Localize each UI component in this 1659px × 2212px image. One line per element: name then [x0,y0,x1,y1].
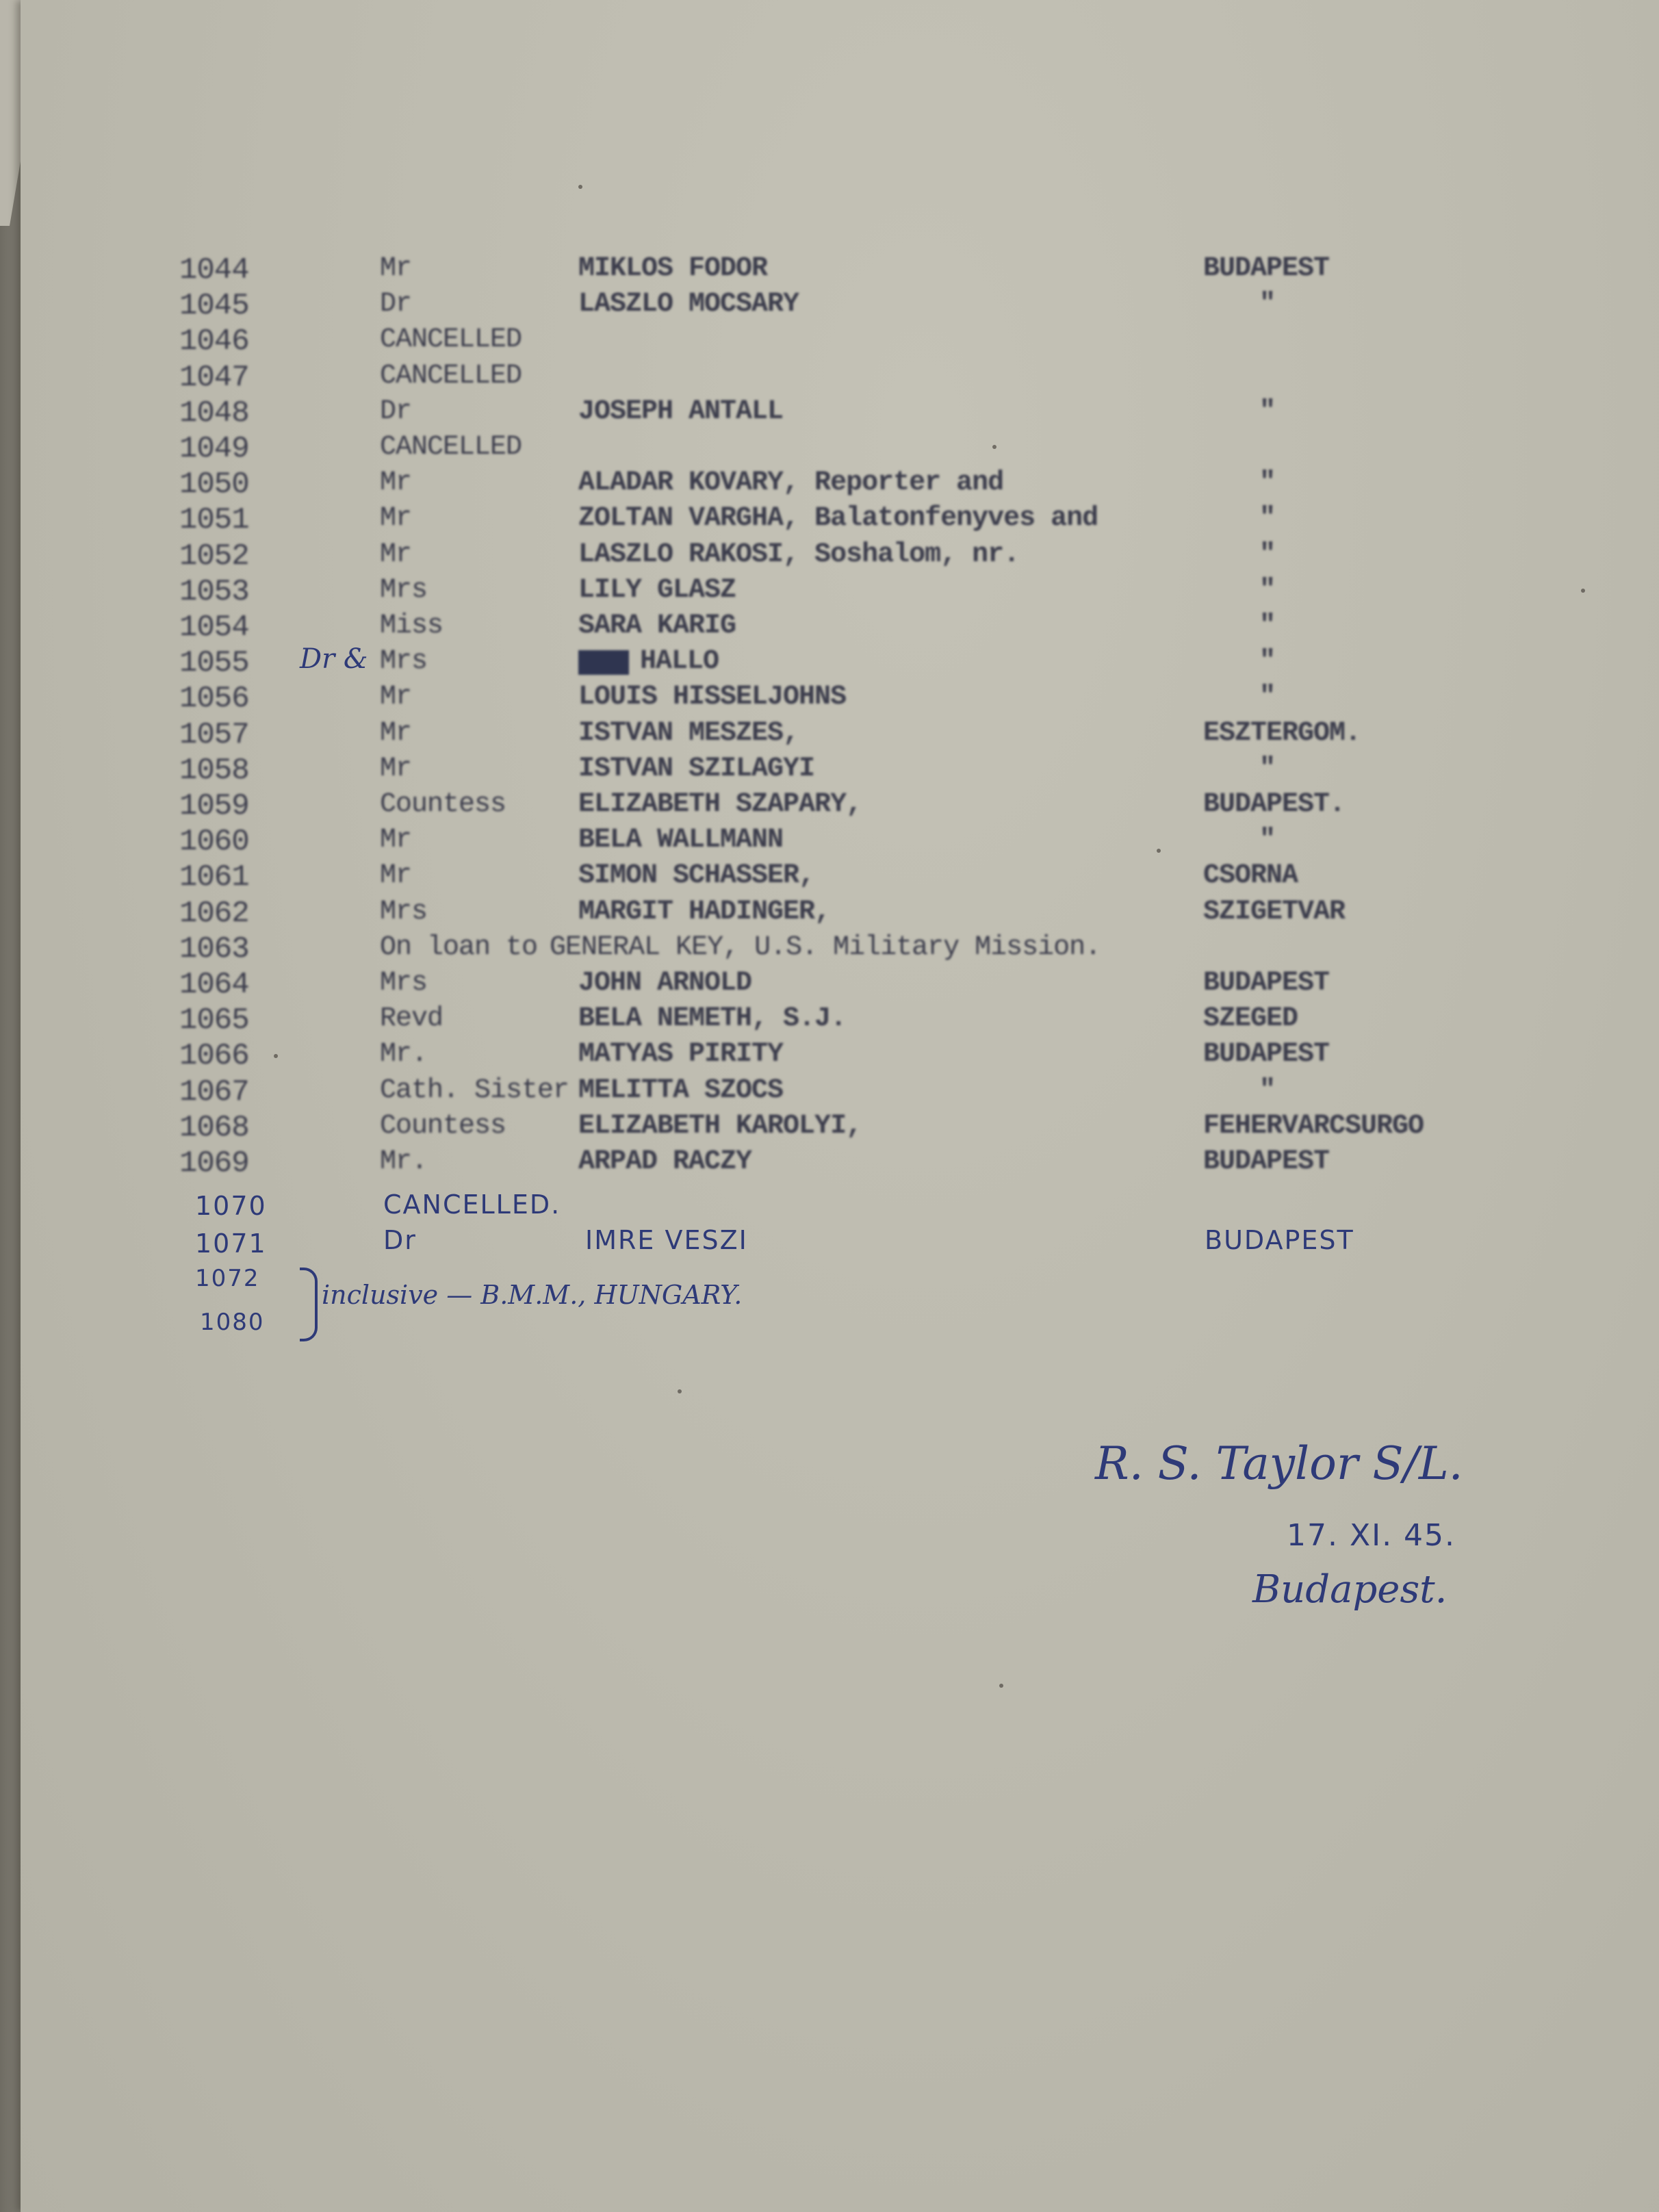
entry-place: " [1259,825,1275,856]
handwritten-cancelled-1070: CANCELLED. [383,1189,561,1220]
entry-title: Cath. Sister [380,1075,569,1106]
entry-name: BELA WALLMANN [578,825,783,856]
entry-number: 1053 [179,575,249,609]
entry-number: 1047 [179,361,249,395]
document-page: 1044MrMIKLOS FODORBUDAPEST1045DrLASZLO M… [21,0,1659,2212]
entry-place: " [1259,575,1275,606]
register-row: 1065RevdBELA NEMETH, S.J.SZEGED [21,1003,1659,1039]
entry-place: " [1259,503,1275,534]
entry-title: Mr. [380,1146,427,1177]
entry-title: CANCELLED [380,324,522,355]
register-row: 1049CANCELLED [21,432,1659,467]
entry-place: SZIGETVAR [1203,897,1345,927]
entry-title: Mr [380,503,411,534]
entry-name: LILY GLASZ [578,575,736,606]
register-row: 1062MrsMARGIT HADINGER,SZIGETVAR [21,897,1659,932]
entry-title: Mrs [380,968,427,999]
entry-place: " [1259,467,1275,498]
entry-name: ALADAR KOVARY, Reporter and [578,467,1003,498]
entry-place: " [1259,289,1275,320]
entry-name: GENERAL KEY, U.S. Military Mission. [550,932,1101,963]
entry-place: BUDAPEST [1203,968,1329,999]
entry-place: " [1259,646,1275,677]
entry-name: MELITTA SZOCS [578,1075,783,1106]
entry-number: 1048 [179,396,249,430]
register-row: 1069Mr.ARPAD RACZYBUDAPEST [21,1146,1659,1182]
register-row: 1066Mr.MATYAS PIRITYBUDAPEST [21,1039,1659,1075]
register-row: 1063On loan toGENERAL KEY, U.S. Military… [21,932,1659,968]
entry-place: BUDAPEST [1203,1039,1329,1070]
entry-name: ISTVAN SZILAGYI [578,754,814,784]
entry-title: Mr [380,860,411,891]
handwritten-number-1071: 1071 [195,1229,267,1259]
entry-name: MIKLOS FODOR [578,253,767,284]
entry-number: 1062 [179,897,249,931]
entry-name: JOSEPH ANTALL [578,396,783,427]
register-row: 1057MrISTVAN MESZES,ESZTERGOM. [21,718,1659,754]
entry-title: Miss [380,610,443,641]
handwritten-range-start: 1072 [195,1265,260,1292]
register-row: 1047CANCELLED [21,361,1659,396]
handwritten-name-1071: IMRE VESZI [585,1225,748,1255]
entry-place: " [1259,1075,1275,1106]
entry-title: Mrs [380,575,427,606]
handwritten-range-end: 1080 [200,1309,265,1336]
entry-name: LASZLO RAKOSI, Soshalom, nr. [578,539,1019,570]
entry-name: SARA KARIG [578,610,736,641]
register-row: 1059CountessELIZABETH SZAPARY,BUDAPEST. [21,789,1659,825]
register-row: 1051MrZOLTAN VARGHA, Balatonfenyves and" [21,503,1659,539]
entry-title: Mrs [380,897,427,927]
entry-number: 1060 [179,825,249,859]
entry-number: 1059 [179,789,249,823]
entry-name: LOUIS HISSELJOHNS [578,682,846,712]
entry-place: CSORNA [1203,860,1298,891]
entry-place: SZEGED [1203,1003,1298,1034]
entry-number: 1056 [179,682,249,716]
handwritten-number-1070: 1070 [195,1191,267,1221]
handwritten-annotation-1055: Dr & [300,643,368,675]
range-brace [300,1268,318,1341]
entry-place: BUDAPEST [1203,253,1329,284]
entry-place: " [1259,682,1275,712]
entry-place: " [1259,396,1275,427]
signature-place: Budapest. [1252,1567,1447,1612]
entry-name: ZOLTAN VARGHA, Balatonfenyves and [578,503,1098,534]
entry-place: " [1259,754,1275,784]
entry-place: ESZTERGOM. [1203,718,1361,749]
register-row: 1054MissSARA KARIG" [21,610,1659,646]
entry-number: 1044 [179,253,249,287]
entry-name: MARGIT HADINGER, [578,897,830,927]
entry-title: Mr. [380,1039,427,1070]
entry-loan-note: On loan toGENERAL KEY, U.S. Military Mis… [380,932,1101,963]
entry-number: 1054 [179,610,249,645]
entry-number: 1058 [179,754,249,788]
entry-number: 1049 [179,432,249,466]
entry-name: SIMON SCHASSER, [578,860,814,891]
entry-name: ISTVAN MESZES, [578,718,799,749]
entry-place: BUDAPEST [1203,1146,1329,1177]
entry-number: 1064 [179,968,249,1002]
entry-number: 1069 [179,1146,249,1181]
signature: R. S. Taylor S/L. [1095,1437,1463,1490]
entry-place: BUDAPEST. [1203,789,1345,820]
entry-number: 1068 [179,1111,249,1145]
entry-number: 1065 [179,1003,249,1038]
register-row: 1068CountessELIZABETH KAROLYI,FEHERVARCS… [21,1111,1659,1146]
entry-number: 1046 [179,324,249,359]
entry-title: Mr [380,539,411,570]
register-row: 1067Cath. SisterMELITTA SZOCS" [21,1075,1659,1111]
entry-name: ARPAD RACZY [578,1146,751,1177]
entry-name: JOHN ARNOLD [578,968,751,999]
register-row: 1061MrSIMON SCHASSER,CSORNA [21,860,1659,896]
entry-title: Mr [380,682,411,712]
entry-title: Mr [380,467,411,498]
entry-title: CANCELLED [380,361,522,391]
signature-date: 17. XI. 45. [1287,1518,1456,1553]
entry-title: On loan to [380,932,537,963]
entry-title: Mrs [380,646,427,677]
register-row: 1050MrALADAR KOVARY, Reporter and" [21,467,1659,503]
register-row: 1055MrsHALLO" [21,646,1659,682]
redaction-mark [578,650,629,675]
entry-title: Mr [380,825,411,856]
entry-name: MATYAS PIRITY [578,1039,783,1070]
entry-number: 1050 [179,467,249,502]
entry-title: CANCELLED [380,432,522,463]
entry-name: ELIZABETH KAROLYI, [578,1111,862,1142]
entry-name: ELIZABETH SZAPARY, [578,789,862,820]
entry-title: Countess [380,1111,506,1142]
handwritten-place-1071: BUDAPEST [1205,1225,1354,1255]
entry-title: Mr [380,754,411,784]
entry-place: " [1259,610,1275,641]
entry-name: BELA NEMETH, S.J. [578,1003,846,1034]
register-row: 1064MrsJOHN ARNOLDBUDAPEST [21,968,1659,1003]
entry-place: FEHERVARCSURGO [1203,1111,1424,1142]
entry-number: 1045 [179,289,249,323]
entry-title: Dr [380,289,411,320]
register-row: 1052MrLASZLO RAKOSI, Soshalom, nr." [21,539,1659,575]
entry-title: Dr [380,396,411,427]
entry-number: 1052 [179,539,249,574]
entry-name: LASZLO MOCSARY [578,289,799,320]
entry-number: 1061 [179,860,249,895]
entry-number: 1063 [179,932,249,966]
entry-number: 1067 [179,1075,249,1109]
entry-title: Revd [380,1003,443,1034]
entry-place: " [1259,539,1275,570]
entry-number: 1066 [179,1039,249,1073]
register-row: 1044MrMIKLOS FODORBUDAPEST [21,253,1659,289]
register-row: 1046CANCELLED [21,324,1659,360]
entry-name: HALLO [640,646,719,677]
register-row: 1048DrJOSEPH ANTALL" [21,396,1659,432]
register-row: 1056MrLOUIS HISSELJOHNS" [21,682,1659,717]
entry-number: 1051 [179,503,249,537]
handwritten-title-1071: Dr [383,1225,417,1255]
register-row: 1058MrISTVAN SZILAGYI" [21,754,1659,789]
handwritten-range-note: inclusive — B.M.M., HUNGARY. [322,1280,742,1310]
entry-title: Countess [380,789,506,820]
entry-number: 1057 [179,718,249,752]
register-row: 1060MrBELA WALLMANN" [21,825,1659,860]
entry-number: 1055 [179,646,249,680]
register-row: 1045DrLASZLO MOCSARY" [21,289,1659,324]
entry-title: Mr [380,718,411,749]
register-row: 1053MrsLILY GLASZ" [21,575,1659,610]
entry-title: Mr [380,253,411,284]
